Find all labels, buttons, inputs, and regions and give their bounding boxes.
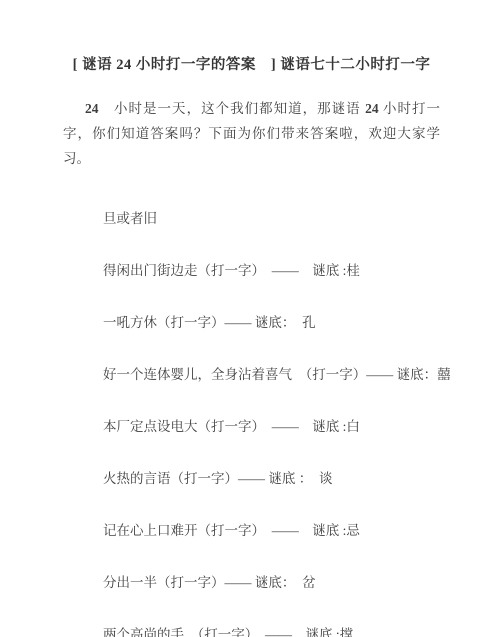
riddle-line: 分出一半（打一字）—— 谜底： 岔 (103, 575, 440, 590)
riddle-line: 一吼方休（打一字）—— 谜底： 孔 (103, 315, 440, 330)
riddle-line: 好一个连体婴儿，全身沾着喜气 （打一字）—— 谜底：囍 (103, 367, 440, 382)
riddle-line: 得闲出门街边走（打一字） —— 谜底 :桂 (103, 263, 440, 278)
article-title: [ 谜语 24 小时打一字的答案 ] 谜语七十二小时打一字 (63, 55, 440, 75)
title-riddle-answer: 旦或者旧 (103, 211, 440, 226)
riddle-line: 两个高尚的手 （打一字） —— 谜底 :撑 (103, 627, 440, 637)
riddle-line: 本厂定点设电大（打一字） —— 谜底 :白 (103, 419, 440, 434)
intro-text-segment: 小时是一天，这个我们都知道，那谜语 (99, 101, 366, 116)
riddle-line: 火热的言语（打一字）—— 谜底 ： 谈 (103, 471, 440, 486)
intro-text-segment: 24 (85, 101, 99, 116)
intro-text-segment: 24 (365, 101, 379, 116)
riddle-line: 记在心上口难开（打一字） —— 谜底 :忌 (103, 523, 440, 538)
document-page: [ 谜语 24 小时打一字的答案 ] 谜语七十二小时打一字 24 小时是一天，这… (0, 0, 500, 637)
intro-paragraph: 24 小时是一天，这个我们都知道，那谜语 24 小时打一字，你们知道答案吗？下面… (63, 96, 440, 171)
